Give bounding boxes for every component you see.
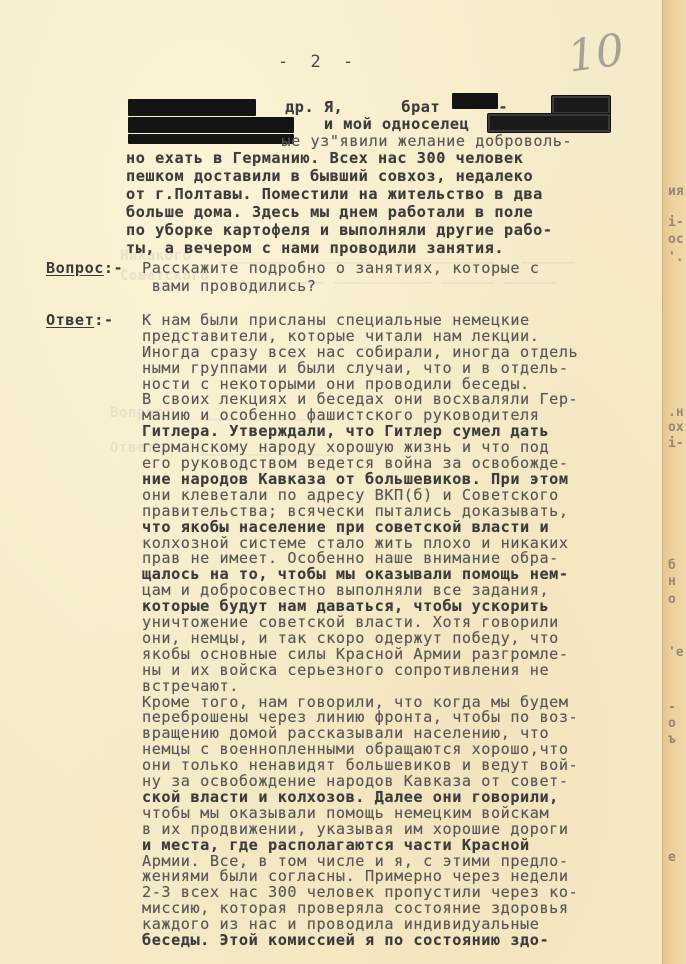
intro-line: больше дома. Здесь мы днем работали в по… bbox=[126, 204, 533, 221]
adjacent-page-fragment: - bbox=[668, 700, 676, 715]
adjacent-page-fragment: i- bbox=[668, 215, 684, 230]
intro-line: ые уз"явили желание доброволь- bbox=[262, 133, 572, 150]
redaction-block bbox=[488, 114, 610, 132]
adjacent-page-fragment: ия bbox=[668, 184, 684, 199]
answer-label: Ответ:- bbox=[46, 312, 114, 329]
intro-line: по уборке картофеля и выполняли другие р… bbox=[126, 222, 553, 239]
handwritten-folio-number: 10 bbox=[565, 24, 628, 82]
intro-line: пешком доставили в бывший совхоз, недале… bbox=[126, 168, 533, 185]
adjacent-page-fragment: ос bbox=[668, 232, 684, 247]
answer-separator: :- bbox=[94, 311, 113, 329]
question-label-text: Вопрос bbox=[46, 259, 104, 277]
adjacent-page-edge bbox=[662, 0, 686, 964]
adjacent-page-fragment: '. bbox=[668, 250, 684, 265]
intro-line: но ехать в Германию. Всех нас 300 челове… bbox=[126, 150, 523, 167]
adjacent-page-fragment: ъ bbox=[668, 732, 676, 747]
adjacent-page-fragment: i- bbox=[668, 436, 684, 451]
intro-line: от г.Полтавы. Поместили на жительство в … bbox=[126, 186, 543, 203]
answer-label-text: Ответ bbox=[46, 311, 94, 329]
adjacent-page-fragment: о bbox=[668, 716, 676, 731]
adjacent-page-fragment: ох bbox=[668, 420, 684, 435]
intro-line: ты, а вечером с нами проводили занятия. bbox=[126, 240, 504, 257]
page-number: - 2 - bbox=[278, 52, 359, 72]
question-line: вами проводились? bbox=[142, 278, 317, 295]
question-label: Вопрос:- bbox=[46, 260, 123, 277]
question-separator: :- bbox=[104, 259, 123, 277]
intro-line: и мой односелец bbox=[256, 116, 469, 133]
redaction-block bbox=[128, 99, 256, 116]
adjacent-page-fragment: о bbox=[668, 592, 676, 607]
adjacent-page-fragment: н bbox=[668, 574, 676, 589]
document-page: Никакого ________ ______ ___________ ___… bbox=[0, 0, 662, 964]
adjacent-page-fragment: .н, bbox=[668, 405, 686, 420]
adjacent-page-fragment: б bbox=[668, 558, 676, 573]
adjacent-page-fragment: е bbox=[668, 850, 676, 865]
question-line: Расскажите подробно о занятиях, которые … bbox=[142, 260, 539, 277]
answer-line: беседы. Этой комиссией я по состоянию зд… bbox=[142, 932, 549, 949]
redaction-block bbox=[552, 96, 610, 114]
intro-line: др. Я, брат - bbox=[256, 99, 508, 116]
adjacent-page-fragment: 'е bbox=[668, 645, 684, 660]
